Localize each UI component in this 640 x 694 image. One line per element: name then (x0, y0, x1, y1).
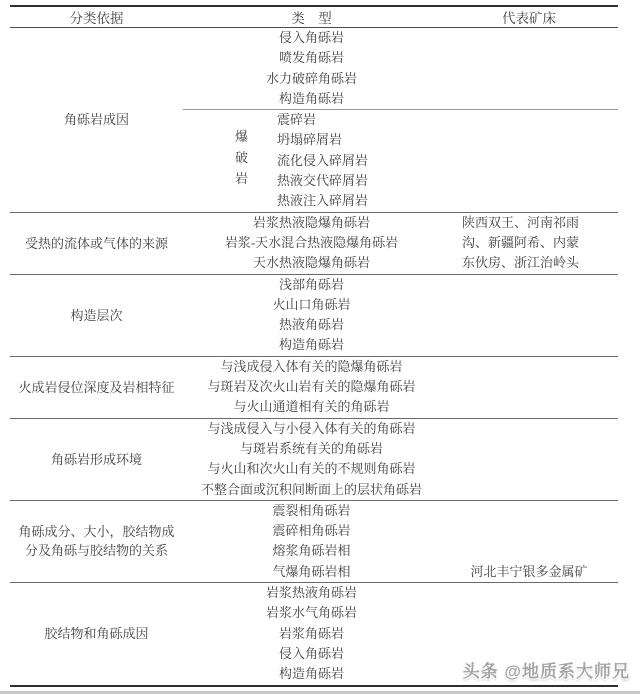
basis-cell: 受热的流体或气体的来源 (10, 213, 183, 274)
type-group: 震裂相角砾岩震碎相角砾岩熔浆角砾岩相气爆角砾岩相河北丰宁银多金属矿 (183, 501, 618, 582)
type-group: 与浅成侵入与小侵入体有关的角砾岩与斑岩系统有关的角砾岩与火山和次火山有关的不规则… (183, 419, 618, 500)
table-body: 角砾岩成因侵入角砾岩喷发角砾岩水力破碎角砾岩构造角砾岩爆破岩震碎岩坍塌碎屑岩流化… (10, 28, 618, 685)
deposit-cell (440, 48, 618, 68)
toutiao-watermark: 头条 @地质系大师兄 (463, 657, 630, 682)
basis-text: 火成岩侵位深度及岩相特征 (18, 378, 174, 397)
deposits-column (440, 110, 618, 211)
deposit-cell (440, 130, 618, 150)
basis-cell: 角砾成分、大小，胶结物成分及角砾与胶结物的关系 (10, 501, 183, 582)
table-header-row: 分类依据 类 型 代表矿床 (10, 7, 618, 28)
types-column: 浅部角砾岩火山口角砾岩热液角砾岩构造角砾岩 (183, 275, 440, 356)
deposit-cell (440, 583, 618, 603)
deposits-column (440, 357, 618, 418)
deposit-line: 沟、新疆阿希、内蒙 (462, 233, 579, 253)
header-type: 类 型 (183, 7, 440, 27)
type-cell: 火山口角砾岩 (183, 295, 440, 315)
type-cell: 震碎岩 (183, 110, 440, 130)
types-column: 岩浆热液隐爆角砾岩岩浆-天水混合热液隐爆角砾岩天水热液隐爆角砾岩 (183, 213, 440, 274)
breccia-classification-table: 分类依据 类 型 代表矿床 角砾岩成因侵入角砾岩喷发角砾岩水力破碎角砾岩构造角砾… (10, 5, 618, 687)
deposit-cell (440, 295, 618, 315)
deposit-cell (440, 275, 618, 295)
deposit-cell: 陕西双王、河南祁雨沟、新疆阿希、内蒙东伙房、浙江治岭头 (462, 213, 579, 274)
type-cell: 热液交代碎屑岩 (183, 171, 440, 191)
type-cell: 与火山和次火山有关的不规则角砾岩 (183, 459, 440, 479)
basis-cell: 火成岩侵位深度及岩相特征 (10, 357, 183, 418)
type-cell: 熔浆角砾岩相 (183, 541, 440, 561)
type-cell: 构造角砾岩 (183, 89, 440, 109)
basis-text: 受热的流体或气体的来源 (25, 234, 168, 253)
table-section: 火成岩侵位深度及岩相特征与浅成侵入体有关的隐爆角砾岩与斑岩及次火山岩有关的隐爆角… (10, 356, 618, 418)
table-section: 角砾岩成因侵入角砾岩喷发角砾岩水力破碎角砾岩构造角砾岩爆破岩震碎岩坍塌碎屑岩流化… (10, 28, 618, 212)
basis-text: 角砾成分、大小，胶结物成分及角砾与胶结物的关系 (16, 522, 178, 560)
deposit-line: 东伙房、浙江治岭头 (462, 253, 579, 273)
deposits-column (440, 275, 618, 356)
deposit-cell (440, 151, 618, 171)
deposits-column (440, 419, 618, 500)
type-cell: 坍塌碎屑岩 (183, 130, 440, 150)
header-classification-basis: 分类依据 (10, 7, 183, 27)
type-cell: 与浅成侵入体有关的隐爆角砾岩 (183, 357, 440, 377)
section-right-area: 与浅成侵入与小侵入体有关的角砾岩与斑岩系统有关的角砾岩与火山和次火山有关的不规则… (183, 419, 618, 500)
section-right-area: 与浅成侵入体有关的隐爆角砾岩与斑岩及次火山岩有关的隐爆角砾岩与火山通道相有关的角… (183, 357, 618, 418)
deposits-column: 陕西双王、河南祁雨沟、新疆阿希、内蒙东伙房、浙江治岭头 (440, 213, 618, 274)
types-column: 震裂相角砾岩震碎相角砾岩熔浆角砾岩相气爆角砾岩相 (183, 501, 440, 582)
basis-cell: 构造层次 (10, 275, 183, 356)
table-section: 角砾岩形成环境与浅成侵入与小侵入体有关的角砾岩与斑岩系统有关的角砾岩与火山和次火… (10, 418, 618, 500)
deposits-column (440, 28, 618, 109)
deposit-cell (440, 28, 618, 48)
type-group: 岩浆热液隐爆角砾岩岩浆-天水混合热液隐爆角砾岩天水热液隐爆角砾岩陕西双王、河南祁… (183, 213, 618, 274)
deposits-column: 河北丰宁银多金属矿 (440, 501, 618, 582)
deposit-cell (440, 335, 618, 355)
group-side-label: 爆破岩 (233, 129, 247, 192)
deposit-cell (440, 89, 618, 109)
basis-text: 胶结物和角砾成因 (44, 624, 148, 643)
deposit-cell (440, 501, 618, 521)
deposit-cell (440, 439, 618, 459)
type-cell: 浅部角砾岩 (183, 275, 440, 295)
deposit-line: 陕西双王、河南祁雨 (462, 213, 579, 233)
type-cell: 震裂相角砾岩 (183, 501, 440, 521)
basis-text: 角砾岩形成环境 (51, 450, 142, 469)
type-cell: 流化侵入碎屑岩 (183, 151, 440, 171)
type-cell: 岩浆水气角砾岩 (183, 603, 440, 623)
type-cell: 岩浆热液隐爆角砾岩 (183, 213, 440, 233)
deposit-cell: 河北丰宁银多金属矿 (440, 562, 618, 582)
table-section: 角砾成分、大小，胶结物成分及角砾与胶结物的关系震裂相角砾岩震碎相角砾岩熔浆角砾岩… (10, 500, 618, 582)
deposit-block-wrap: 陕西双王、河南祁雨沟、新疆阿希、内蒙东伙房、浙江治岭头 (440, 213, 618, 274)
type-cell: 气爆角砾岩相 (183, 562, 440, 582)
type-group: 侵入角砾岩喷发角砾岩水力破碎角砾岩构造角砾岩 (183, 28, 618, 109)
deposit-cell (440, 397, 618, 417)
type-group: 与浅成侵入体有关的隐爆角砾岩与斑岩及次火山岩有关的隐爆角砾岩与火山通道相有关的角… (183, 357, 618, 418)
deposit-cell (440, 315, 618, 335)
type-cell: 构造角砾岩 (183, 335, 440, 355)
type-cell: 岩浆热液角砾岩 (183, 583, 440, 603)
deposit-cell (440, 377, 618, 397)
deposit-cell (440, 603, 618, 623)
type-group: 爆破岩震碎岩坍塌碎屑岩流化侵入碎屑岩热液交代碎屑岩热液注入碎屑岩 (183, 109, 618, 211)
type-cell: 侵入角砾岩 (183, 644, 440, 664)
type-cell: 震碎相角砾岩 (183, 521, 440, 541)
basis-cell: 胶结物和角砾成因 (10, 583, 183, 684)
type-cell: 侵入角砾岩 (183, 28, 440, 48)
section-right-area: 侵入角砾岩喷发角砾岩水力破碎角砾岩构造角砾岩爆破岩震碎岩坍塌碎屑岩流化侵入碎屑岩… (183, 28, 618, 212)
types-column: 与浅成侵入与小侵入体有关的角砾岩与斑岩系统有关的角砾岩与火山和次火山有关的不规则… (183, 419, 440, 500)
deposit-cell (440, 459, 618, 479)
basis-cell: 角砾岩成因 (10, 28, 183, 212)
type-cell: 不整合面或沉积间断面上的层状角砾岩 (183, 480, 440, 500)
basis-text: 构造层次 (70, 306, 122, 325)
header-representative-deposit: 代表矿床 (440, 7, 618, 27)
deposit-cell (440, 480, 618, 500)
deposit-cell (440, 357, 618, 377)
types-column: 岩浆热液角砾岩岩浆水气角砾岩岩浆角砾岩侵入角砾岩构造角砾岩 (183, 583, 440, 684)
type-cell: 热液角砾岩 (183, 315, 440, 335)
type-cell: 水力破碎角砾岩 (183, 69, 440, 89)
type-cell: 与斑岩系统有关的角砾岩 (183, 439, 440, 459)
deposit-cell (440, 419, 618, 439)
basis-text: 角砾岩成因 (64, 110, 129, 129)
type-cell: 热液注入碎屑岩 (183, 191, 440, 211)
deposit-cell (440, 541, 618, 561)
type-cell: 喷发角砾岩 (183, 48, 440, 68)
deposit-cell (440, 521, 618, 541)
type-cell: 岩浆-天水混合热液隐爆角砾岩 (183, 233, 440, 253)
scanned-paper-page: 分类依据 类 型 代表矿床 角砾岩成因侵入角砾岩喷发角砾岩水力破碎角砾岩构造角砾… (0, 0, 640, 694)
type-cell: 与浅成侵入与小侵入体有关的角砾岩 (183, 419, 440, 439)
type-cell: 与斑岩及次火山岩有关的隐爆角砾岩 (183, 377, 440, 397)
type-group: 浅部角砾岩火山口角砾岩热液角砾岩构造角砾岩 (183, 275, 618, 356)
type-cell: 天水热液隐爆角砾岩 (183, 253, 440, 273)
types-column: 侵入角砾岩喷发角砾岩水力破碎角砾岩构造角砾岩 (183, 28, 440, 109)
section-right-area: 岩浆热液隐爆角砾岩岩浆-天水混合热液隐爆角砾岩天水热液隐爆角砾岩陕西双王、河南祁… (183, 213, 618, 274)
table-section: 构造层次浅部角砾岩火山口角砾岩热液角砾岩构造角砾岩 (10, 274, 618, 356)
deposit-cell (440, 171, 618, 191)
type-cell: 与火山通道相有关的角砾岩 (183, 397, 440, 417)
deposit-cell (440, 624, 618, 644)
section-right-area: 震裂相角砾岩震碎相角砾岩熔浆角砾岩相气爆角砾岩相河北丰宁银多金属矿 (183, 501, 618, 582)
type-cell: 岩浆角砾岩 (183, 624, 440, 644)
deposit-cell (440, 69, 618, 89)
deposit-cell (440, 110, 618, 130)
types-column: 与浅成侵入体有关的隐爆角砾岩与斑岩及次火山岩有关的隐爆角砾岩与火山通道相有关的角… (183, 357, 440, 418)
table-section: 受热的流体或气体的来源岩浆热液隐爆角砾岩岩浆-天水混合热液隐爆角砾岩天水热液隐爆… (10, 212, 618, 274)
basis-cell: 角砾岩形成环境 (10, 419, 183, 500)
types-column: 震碎岩坍塌碎屑岩流化侵入碎屑岩热液交代碎屑岩热液注入碎屑岩 (183, 110, 440, 211)
deposit-cell (440, 191, 618, 211)
type-cell: 构造角砾岩 (183, 664, 440, 684)
section-right-area: 浅部角砾岩火山口角砾岩热液角砾岩构造角砾岩 (183, 275, 618, 356)
